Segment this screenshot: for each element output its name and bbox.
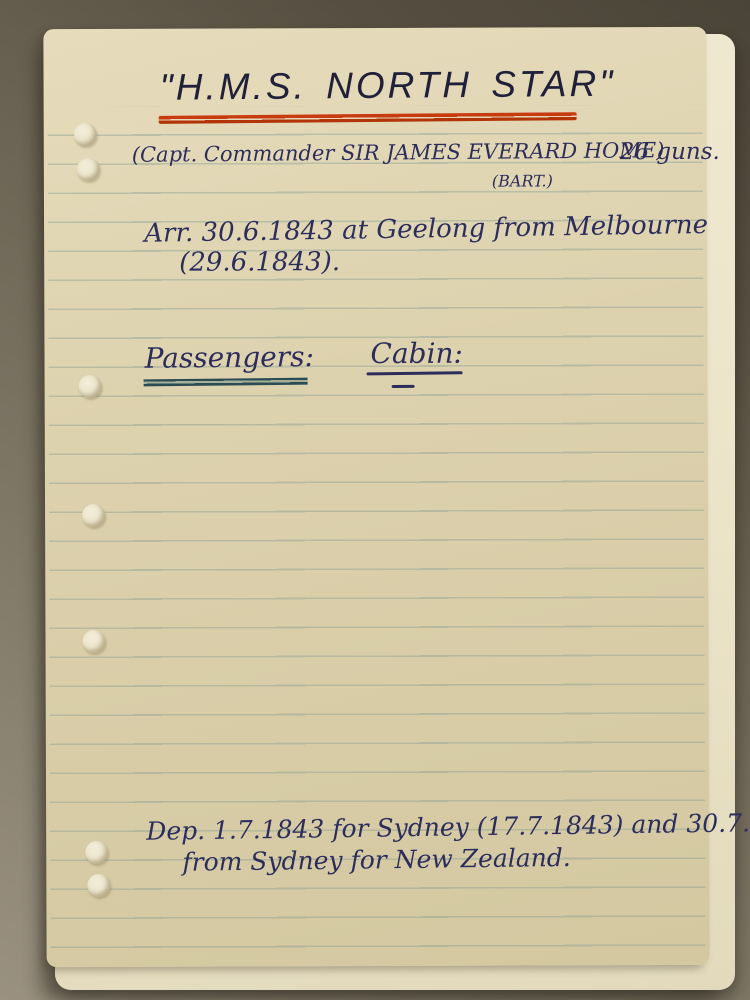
notebook-page: "H.M.S. NORTH STAR" (Capt. Commander SIR… [43,27,709,967]
punch-hole [85,841,108,864]
guns-note: 26 guns. [620,141,720,164]
departure-line-2: from Sydney for New Zealand. [182,845,571,875]
cabin-underline [367,371,463,375]
passengers-heading: Passengers: [144,343,314,373]
punch-hole [87,874,110,897]
arrival-line-1: Arr. 30.6.1843 at Geelong from Melbourne [144,212,708,247]
punch-hole [79,375,102,398]
passengers-underline [144,378,308,387]
departure-line-1: Dep. 1.7.1843 for Sydney (17.7.1843) and… [146,809,750,843]
punch-hole [82,504,105,527]
page-title: "H.M.S. NORTH STAR" [160,65,616,106]
punch-hole [82,630,105,653]
title-underline-red [159,112,577,124]
arrival-line-2: (29.6.1843). [179,249,340,276]
photo-background: "H.M.S. NORTH STAR" (Capt. Commander SIR… [0,0,750,1000]
punch-hole [77,158,100,181]
baronet-note: (BART.) [492,173,553,189]
punch-hole [74,123,97,146]
cabin-dash [392,385,415,388]
cabin-heading: Cabin: [370,340,463,368]
captain-line: (Capt. Commander SIR JAMES EVERARD HOME) [132,140,665,166]
